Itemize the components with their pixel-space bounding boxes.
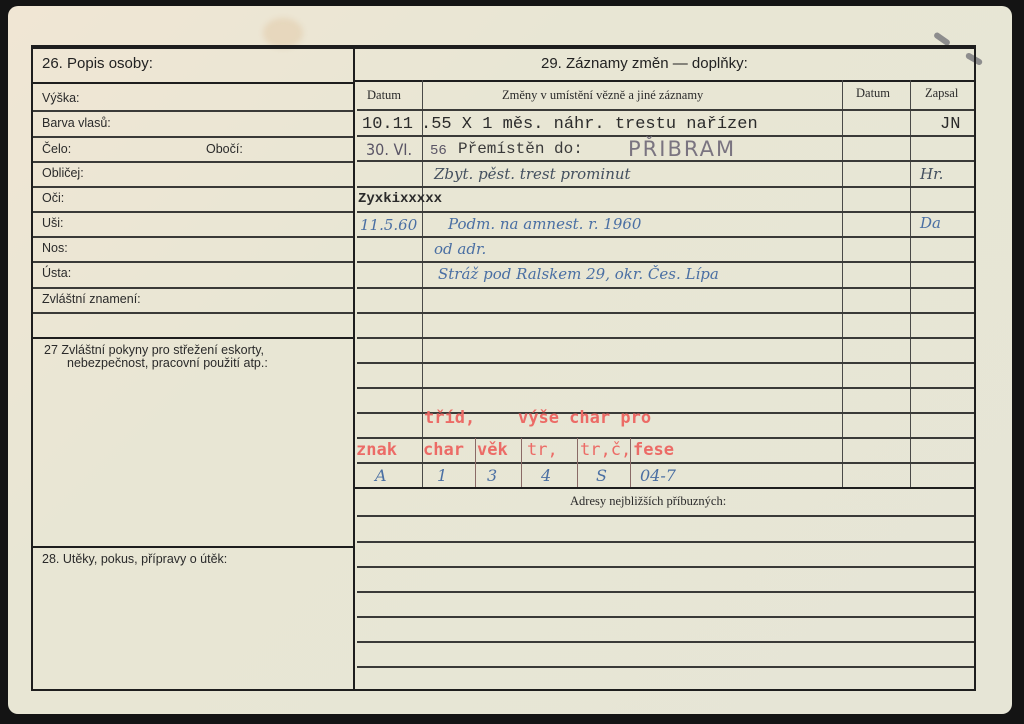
stamp-value-fese: 04-7 xyxy=(640,466,676,485)
record-date: 30. VI. xyxy=(366,140,412,159)
column-line xyxy=(842,80,843,487)
record-text: Podm. na amnest. r. 1960 xyxy=(448,215,641,233)
field-label-height: Výška: xyxy=(42,91,80,105)
field-line-eyes[interactable] xyxy=(33,211,353,213)
row-line xyxy=(357,211,974,213)
stamp-divider xyxy=(630,438,631,487)
stamp-value-znak: A xyxy=(375,466,387,485)
record-date: 11.5.60 xyxy=(360,216,417,234)
field-line-hair-color[interactable] xyxy=(33,136,353,138)
divider xyxy=(355,487,975,489)
column-header-datum-2: Datum xyxy=(856,86,890,101)
stamp-divider xyxy=(577,438,578,487)
section-28-title: 28. Utěky, pokus, přípravy o útěk: xyxy=(42,552,227,566)
row-line xyxy=(357,387,974,389)
field-label-mouth: Ústa: xyxy=(42,266,71,280)
stamp-label-vyse-char-pro: výše char pro xyxy=(518,408,651,428)
stamp-label-trc: tr,č, xyxy=(580,440,631,460)
address-line[interactable] xyxy=(357,591,974,593)
column-line xyxy=(910,80,911,487)
field-label-eyes: Oči: xyxy=(42,191,64,205)
stamp-label-znak: znak xyxy=(356,440,397,460)
field-line-face[interactable] xyxy=(33,186,353,188)
field-label-special-marks: Zvláštní znamení: xyxy=(42,292,141,306)
field-label-forehead: Čelo: xyxy=(42,142,71,156)
section-27-title-line1: 27 Zvláštní pokyny pro střežení eskorty, xyxy=(44,343,264,357)
stamp-label-fese: fese xyxy=(633,440,674,460)
record-text: Stráž pod Ralskem 29, okr. Čes. Lípa xyxy=(438,265,719,283)
row-line xyxy=(357,287,974,289)
section-29-title: 29. Záznamy změn — doplňky: xyxy=(541,55,748,72)
divider xyxy=(33,337,353,339)
stamp-label-vek: věk xyxy=(477,440,508,460)
row-line xyxy=(357,236,974,238)
row-line xyxy=(357,362,974,364)
field-line-ears[interactable] xyxy=(33,236,353,238)
record-text: Zbyt. pěst. trest prominut xyxy=(434,165,631,183)
field-line-forehead[interactable] xyxy=(33,161,353,163)
column-divider xyxy=(353,47,355,691)
record-date-struck: Zyxkixxxxx xyxy=(358,191,442,207)
address-line[interactable] xyxy=(357,566,974,568)
record-stamp: PŘIBRAM xyxy=(628,137,736,161)
stamp-value-vek: 3 xyxy=(487,466,497,485)
stamp-divider xyxy=(475,438,476,487)
stamp-value-tr: 4 xyxy=(541,466,551,485)
section-26-title: 26. Popis osoby: xyxy=(42,55,153,72)
column-header-changes: Změny v umístění vězně a jiné záznamy xyxy=(502,88,703,103)
stamp-value-char: 1 xyxy=(437,466,447,485)
field-label-face: Obličej: xyxy=(42,166,84,180)
column-header-datum: Datum xyxy=(367,88,401,103)
address-line[interactable] xyxy=(357,666,974,668)
address-line[interactable] xyxy=(357,616,974,618)
address-line[interactable] xyxy=(357,641,974,643)
field-line-height[interactable] xyxy=(33,110,353,112)
row-line xyxy=(357,109,974,111)
record-date: 10.11 xyxy=(362,115,413,134)
stamp-label-tr: tr, xyxy=(527,440,558,460)
field-label-ears: Uši: xyxy=(42,216,64,230)
divider xyxy=(33,82,353,84)
field-line-nose[interactable] xyxy=(33,261,353,263)
stamp-label-trid: tříd, xyxy=(424,408,475,428)
column-header-zapsal: Zapsal xyxy=(925,86,958,101)
record-text: od adr. xyxy=(434,240,486,258)
record-text: .55 X 1 měs. náhr. trestu nařízen xyxy=(421,115,758,134)
divider xyxy=(355,80,975,82)
section-27-title-line2: nebezpečnost, pracovní použití atp.: xyxy=(67,356,268,370)
column-line xyxy=(422,80,423,487)
stamp-value-trc: S xyxy=(596,466,607,485)
row-line xyxy=(357,337,974,339)
row-line xyxy=(357,186,974,188)
record-recorded-by: JN xyxy=(940,115,960,134)
record-text-prefix: 56 xyxy=(430,143,447,159)
record-text: Přemístěn do: xyxy=(458,140,583,158)
relatives-title: Adresy nejbližších příbuzných: xyxy=(570,494,726,509)
row-line xyxy=(357,462,974,464)
field-line-special-marks[interactable] xyxy=(33,312,353,314)
row-line xyxy=(357,312,974,314)
field-label-eyebrows: Obočí: xyxy=(206,142,243,156)
row-line xyxy=(357,437,974,439)
address-line[interactable] xyxy=(357,541,974,543)
paper-stain xyxy=(263,18,303,48)
field-label-nose: Nos: xyxy=(42,241,68,255)
field-line-mouth[interactable] xyxy=(33,287,353,289)
stamp-label-char: char xyxy=(423,440,464,460)
field-label-hair-color: Barva vlasů: xyxy=(42,116,111,130)
address-line[interactable] xyxy=(357,515,974,517)
record-recorded-by: Hr. xyxy=(920,165,943,183)
stamp-divider xyxy=(521,438,522,487)
record-recorded-by: Da xyxy=(920,214,941,232)
row-line xyxy=(357,261,974,263)
divider xyxy=(33,546,353,548)
